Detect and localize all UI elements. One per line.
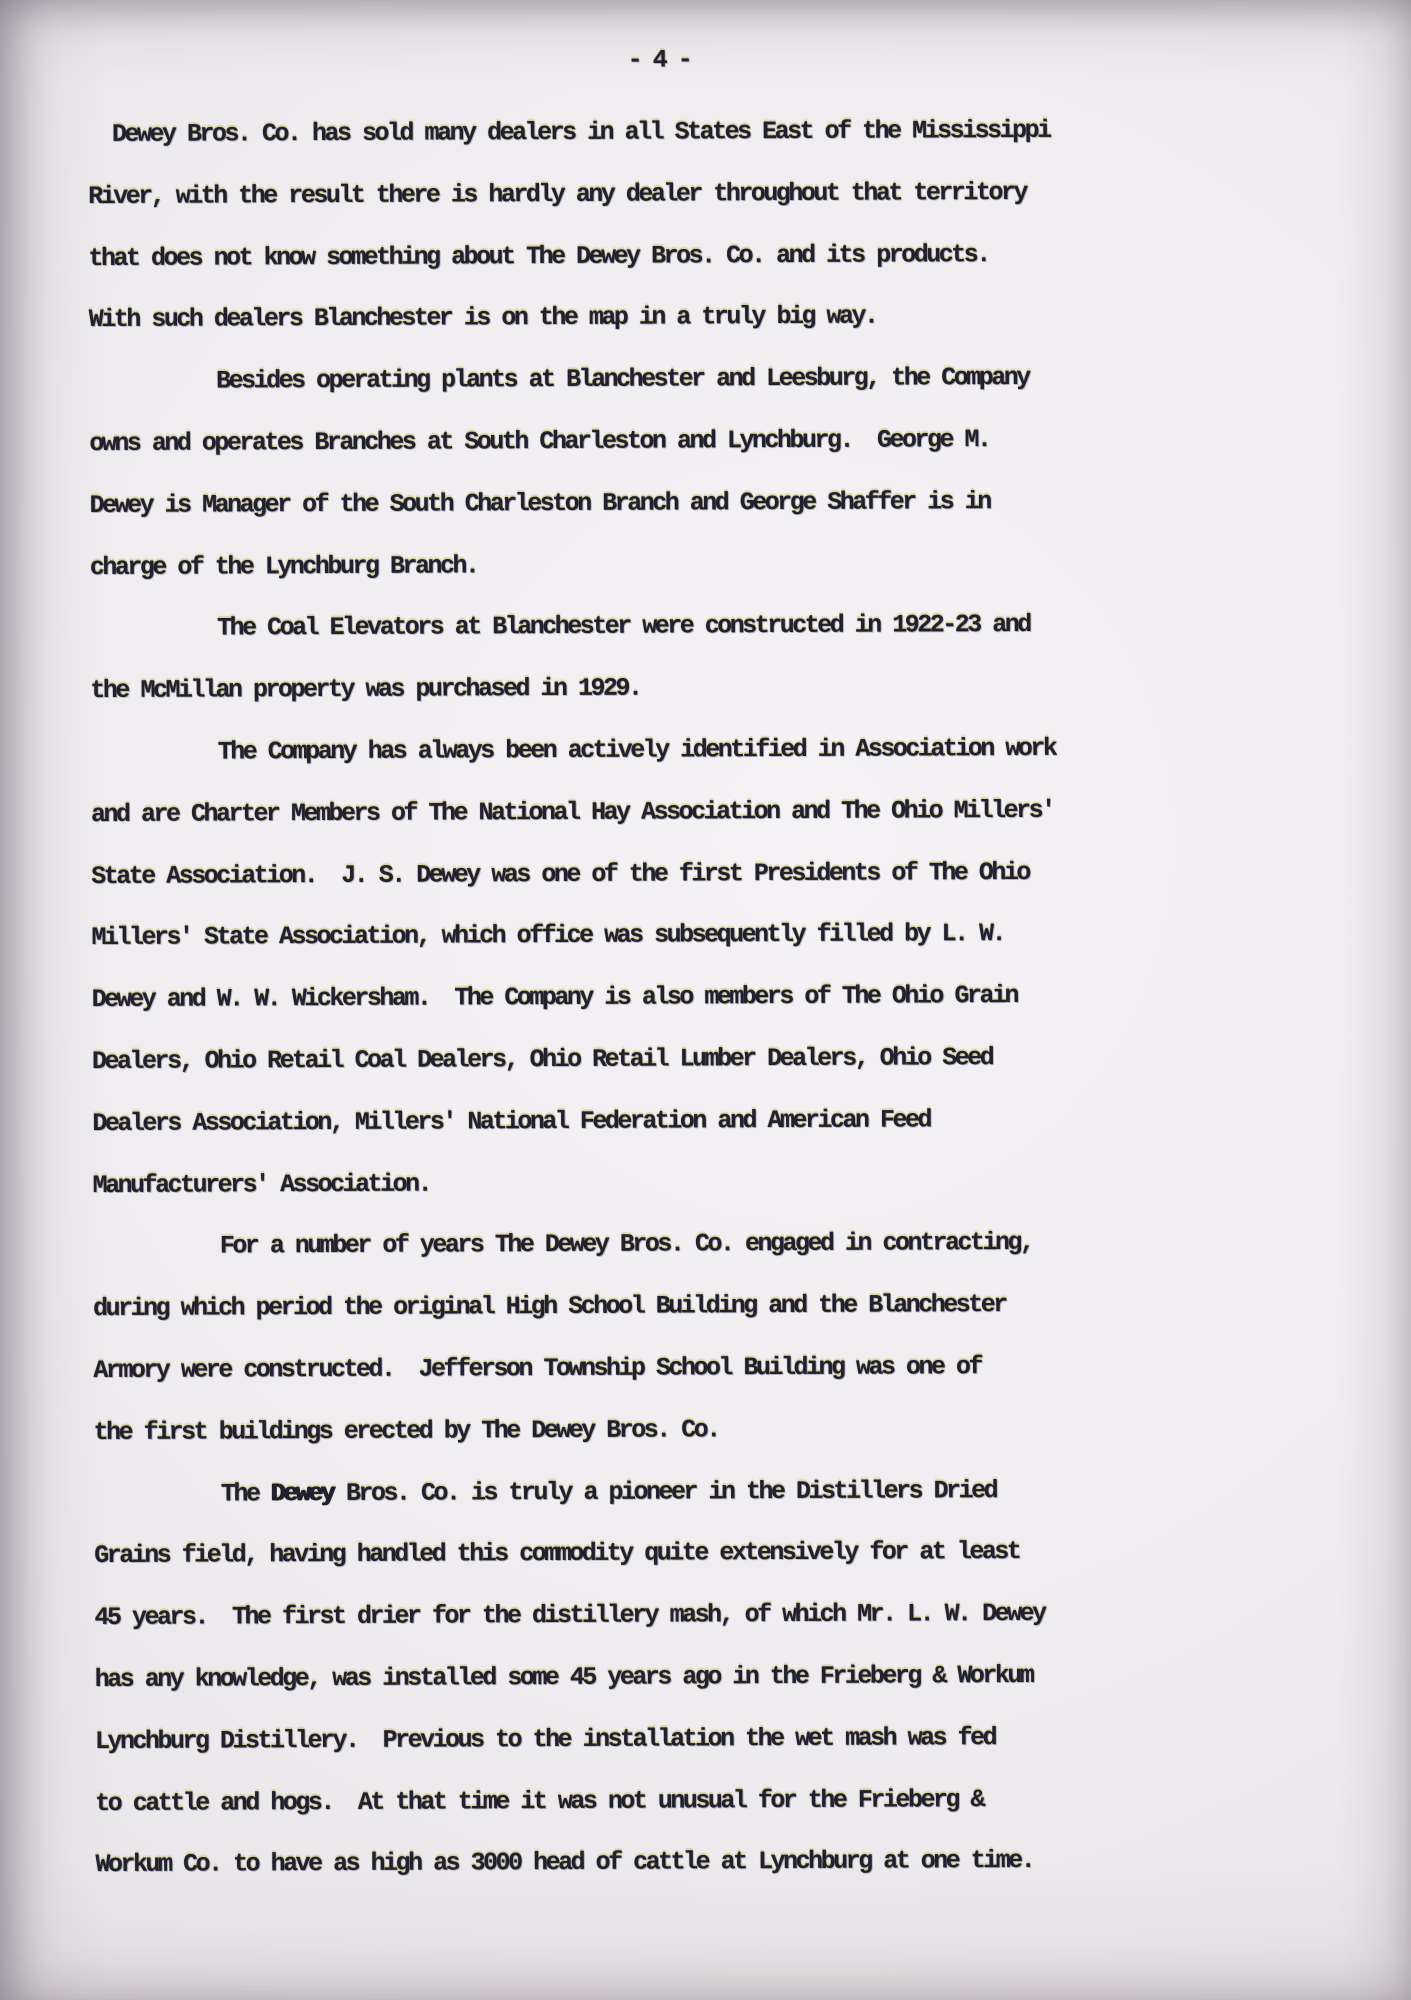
text-line: The Dewey Bros. Co. is truly a pioneer i… [94,1458,1354,1525]
text-line: charge of the Lynchburg Branch. [90,531,1350,598]
page-number: - 4 - [628,45,691,74]
document-page: - 4 - Dewey Bros. Co. has sold many deal… [0,0,1411,2000]
text-line: State Association. J. S. Dewey was one o… [91,840,1351,907]
text-line: to cattle and hogs. At that time it was … [95,1767,1355,1834]
text-line: Manufacturers' Association. [92,1149,1352,1216]
text-line: the McMillan property was purchased in 1… [90,655,1350,722]
text-line: has any knowledge, was installed some 45… [95,1643,1355,1710]
text-line: Dealers Association, Millers' National F… [92,1087,1352,1154]
text-line: The Company has always been actively ide… [91,716,1351,783]
text-line: Workum Co. to have as high as 3000 head … [95,1829,1355,1896]
text-line: during which period the original High Sc… [93,1273,1353,1340]
text-line: Armory were constructed. Jefferson Towns… [93,1334,1353,1401]
text-line: owns and operates Branches at South Char… [89,407,1349,474]
text-line: and are Charter Members of The National … [91,778,1351,845]
text-line: For a number of years The Dewey Bros. Co… [93,1211,1353,1278]
text-line: The Coal Elevators at Blanchester were c… [90,593,1350,660]
text-line: Dewey Bros. Co. has sold many dealers in… [88,99,1348,166]
text-line: Dewey and W. W. Wickersham. The Company … [92,964,1352,1031]
text-line: Besides operating plants at Blanchester … [89,346,1349,413]
text-line: the first buildings erected by The Dewey… [94,1396,1354,1463]
overstruck-word: Dewey [271,1478,334,1507]
text-line: River, with the result there is hardly a… [88,160,1348,227]
text-line: Dewey is Manager of the South Charleston… [89,469,1349,536]
body-text: Dewey Bros. Co. has sold many dealers in… [88,99,1356,1897]
text-line: Millers' State Association, which office… [91,902,1351,969]
text-line: Lynchburg Distillery. Previous to the in… [95,1705,1355,1772]
text-line: that does not know something about The D… [88,222,1348,289]
text-line: With such dealers Blanchester is on the … [89,284,1349,351]
text-line: Dealers, Ohio Retail Coal Dealers, Ohio … [92,1025,1352,1092]
text-line: Grains field, having handled this commod… [94,1520,1354,1587]
text-line: 45 years. The first drier for the distil… [94,1582,1354,1649]
